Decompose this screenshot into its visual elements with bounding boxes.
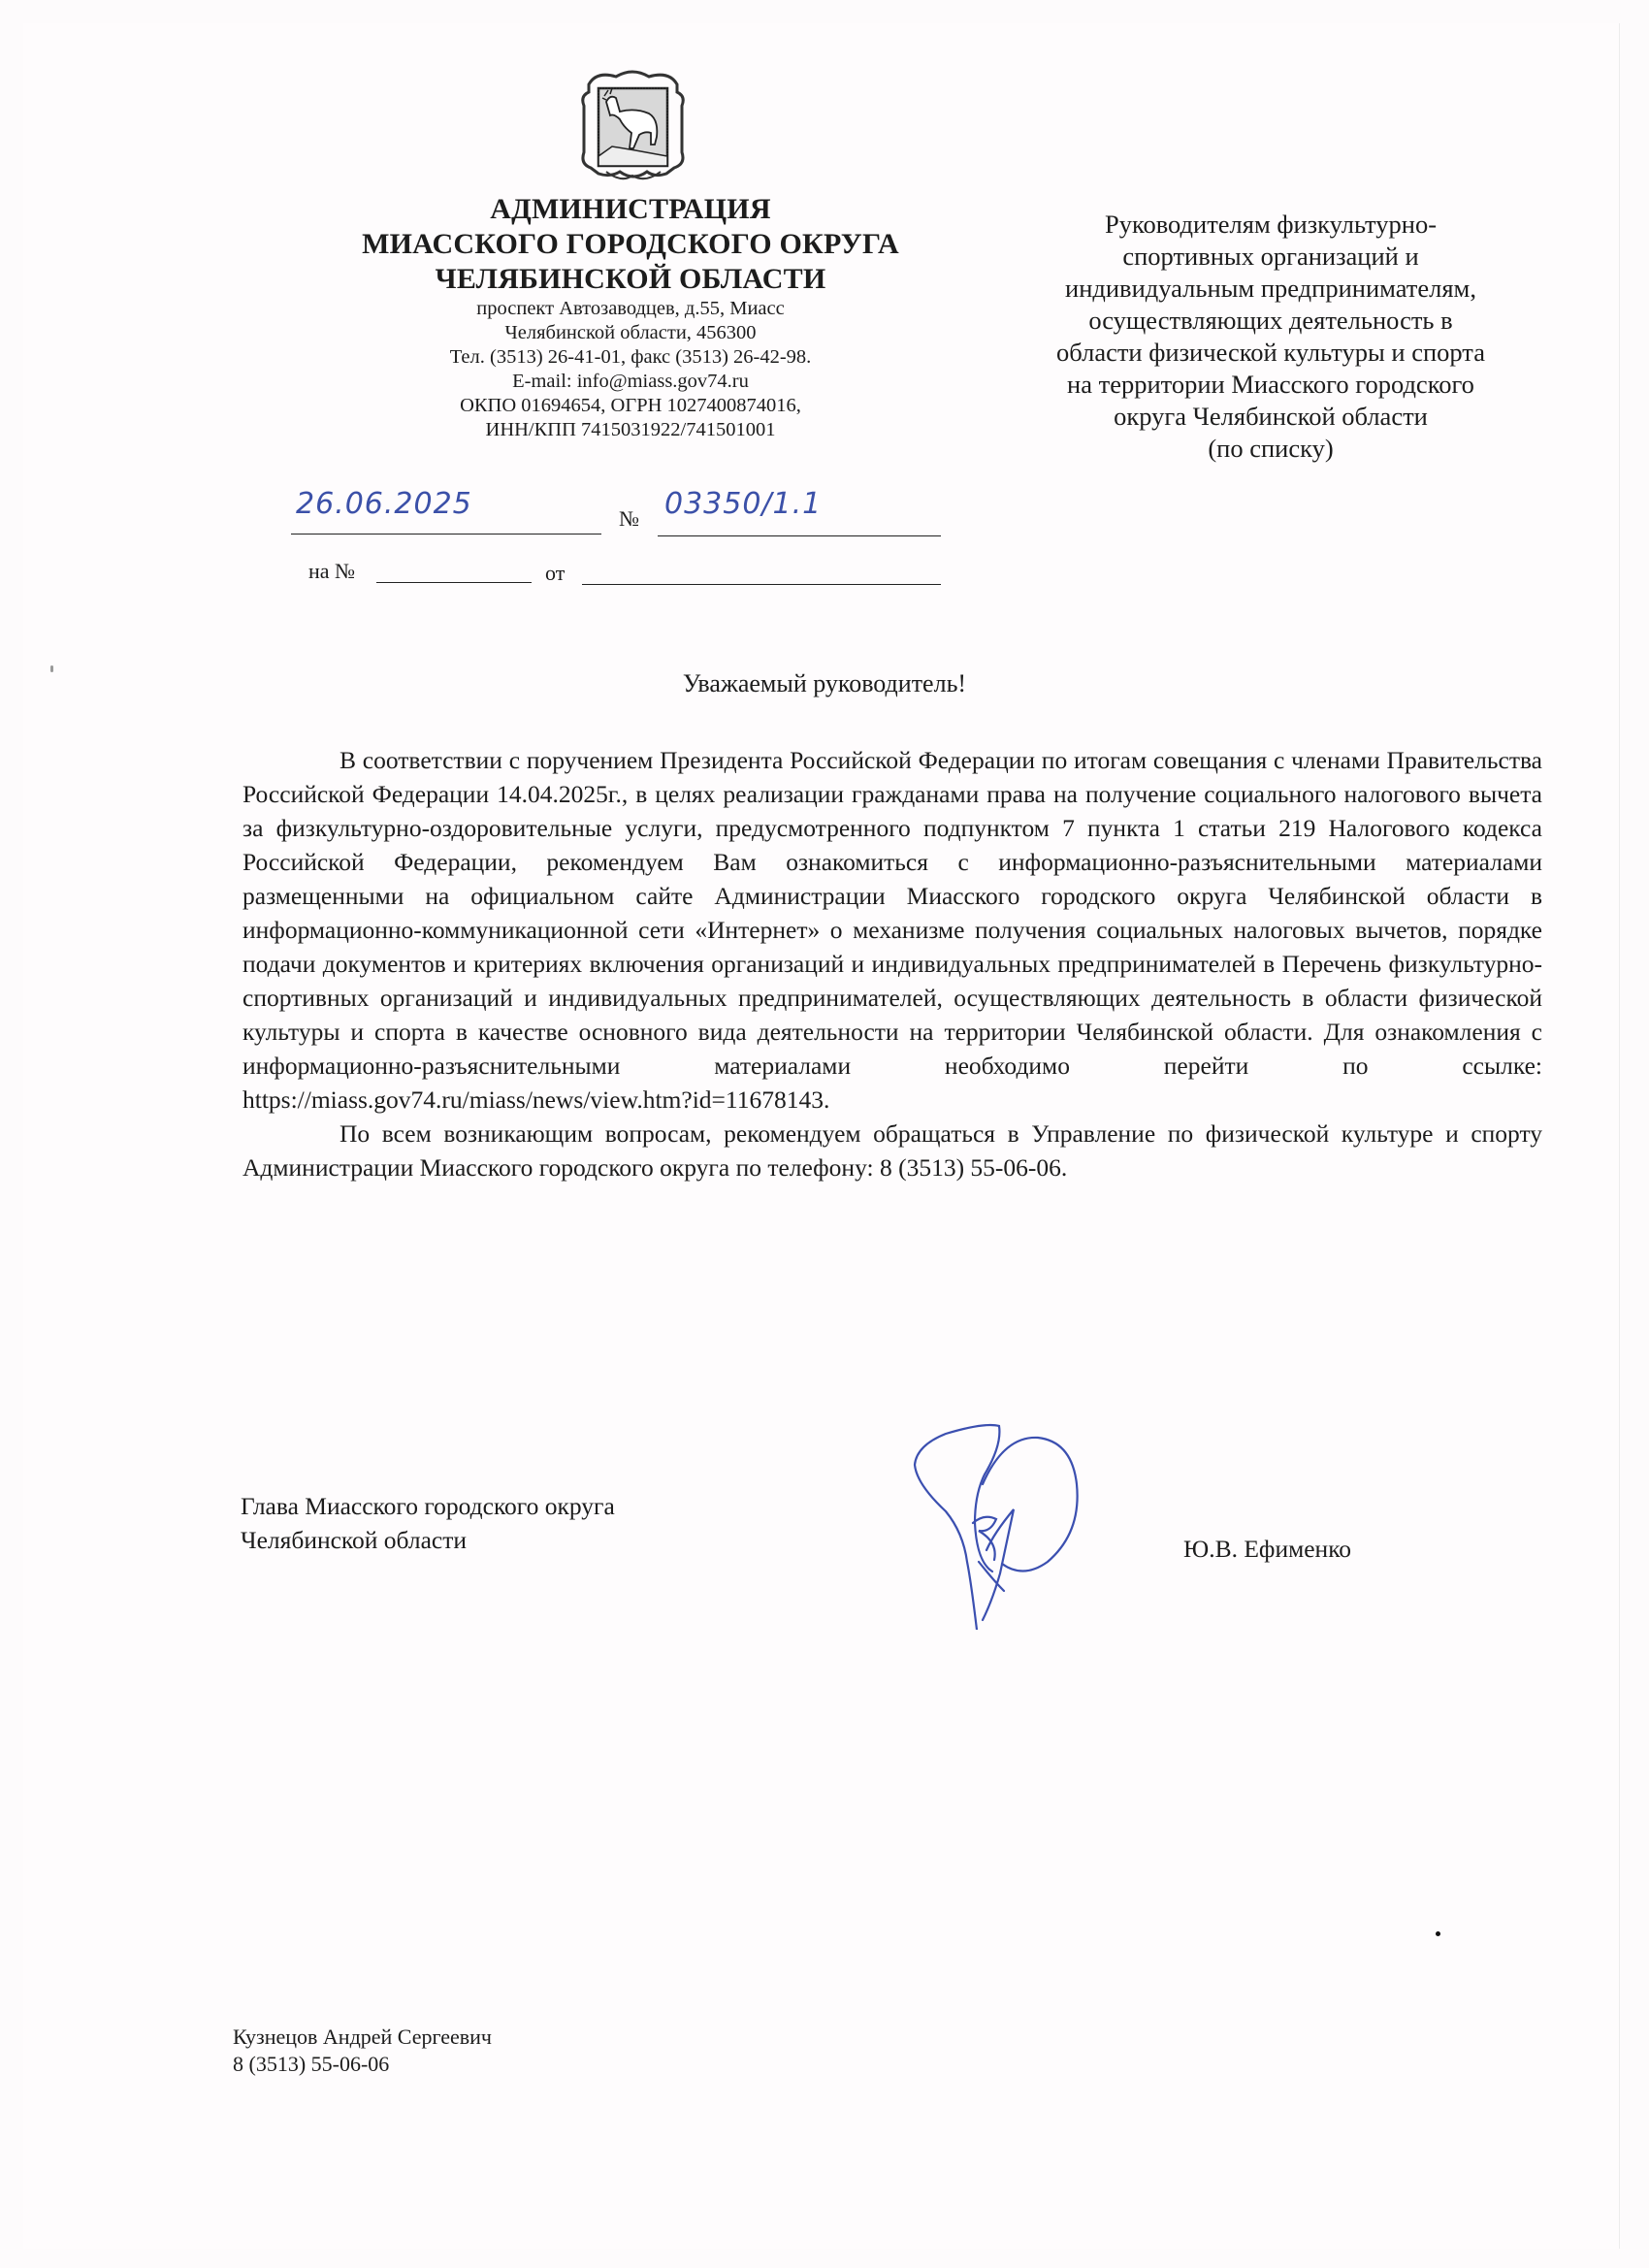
addressee-line: спортивных организаций и: [970, 241, 1571, 273]
signatory-title-line: Челябинской области: [241, 1523, 615, 1557]
executor-phone: 8 (3513) 55-06-06: [233, 2051, 492, 2078]
addressee-line: округа Челябинской области: [970, 401, 1571, 433]
signatory-name: Ю.В. Ефименко: [1183, 1535, 1351, 1564]
date-underline: [291, 534, 601, 535]
registration-block: 26.06.2025 № 03350/1.1 на № от: [291, 485, 970, 592]
letter-body: В соответствии с поручением Президента Р…: [242, 743, 1542, 1184]
registration-number: 03350/1.1: [664, 487, 822, 521]
number-underline: [658, 535, 941, 536]
addressee-line: (по списку): [970, 433, 1571, 465]
org-address: проспект Автозаводцев, д.55, Миасс: [291, 297, 970, 321]
greeting: Уважаемый руководитель!: [0, 669, 1649, 698]
org-inn-kpp: ИНН/КПП 7415031922/741501001: [291, 418, 970, 442]
org-name-line: МИАССКОГО ГОРОДСКОГО ОКРУГА: [291, 227, 970, 262]
coat-of-arms-icon: [577, 63, 689, 184]
from-underline: [582, 584, 941, 585]
registration-date: 26.06.2025: [296, 487, 472, 521]
reply-to-underline: [376, 582, 532, 583]
org-address-region: Челябинской области, 456300: [291, 321, 970, 345]
executor-name: Кузнецов Андрей Сергеевич: [233, 2024, 492, 2051]
reply-to-label: на №: [308, 559, 355, 584]
org-name-line: ЧЕЛЯБИНСКОЙ ОБЛАСТИ: [291, 262, 970, 297]
ink-dot: [1436, 1931, 1440, 1936]
addressee-line: Руководителям физкультурно-: [970, 209, 1571, 241]
org-name-line: АДМИНИСТРАЦИЯ: [291, 192, 970, 227]
from-label: от: [545, 561, 565, 586]
body-paragraph: По всем возникающим вопросам, рекомендуе…: [242, 1117, 1542, 1184]
addressee-line: индивидуальным предпринимателям,: [970, 273, 1571, 305]
addressee-line: осуществляющих деятельность в: [970, 305, 1571, 337]
org-phone-fax: Тел. (3513) 26-41-01, факс (3513) 26-42-…: [291, 345, 970, 370]
org-email: E-mail: info@miass.gov74.ru: [291, 370, 970, 394]
addressee-line: области физической культуры и спорта: [970, 337, 1571, 369]
body-paragraph: В соответствии с поручением Президента Р…: [242, 743, 1542, 1117]
addressee-block: Руководителям физкультурно- спортивных о…: [970, 209, 1571, 465]
letterhead: АДМИНИСТРАЦИЯ МИАССКОГО ГОРОДСКОГО ОКРУГ…: [291, 192, 970, 442]
executor-block: Кузнецов Андрей Сергеевич 8 (3513) 55-06…: [233, 2024, 492, 2078]
signatory-title: Глава Миасского городского округа Челяби…: [241, 1489, 615, 1557]
addressee-line: на территории Миасского городского: [970, 369, 1571, 401]
org-okpo-ogrn: ОКПО 01694654, ОГРН 1027400874016,: [291, 394, 970, 418]
signatory-title-line: Глава Миасского городского округа: [241, 1489, 615, 1523]
number-label: №: [619, 506, 639, 532]
handwritten-signature: [878, 1416, 1140, 1630]
